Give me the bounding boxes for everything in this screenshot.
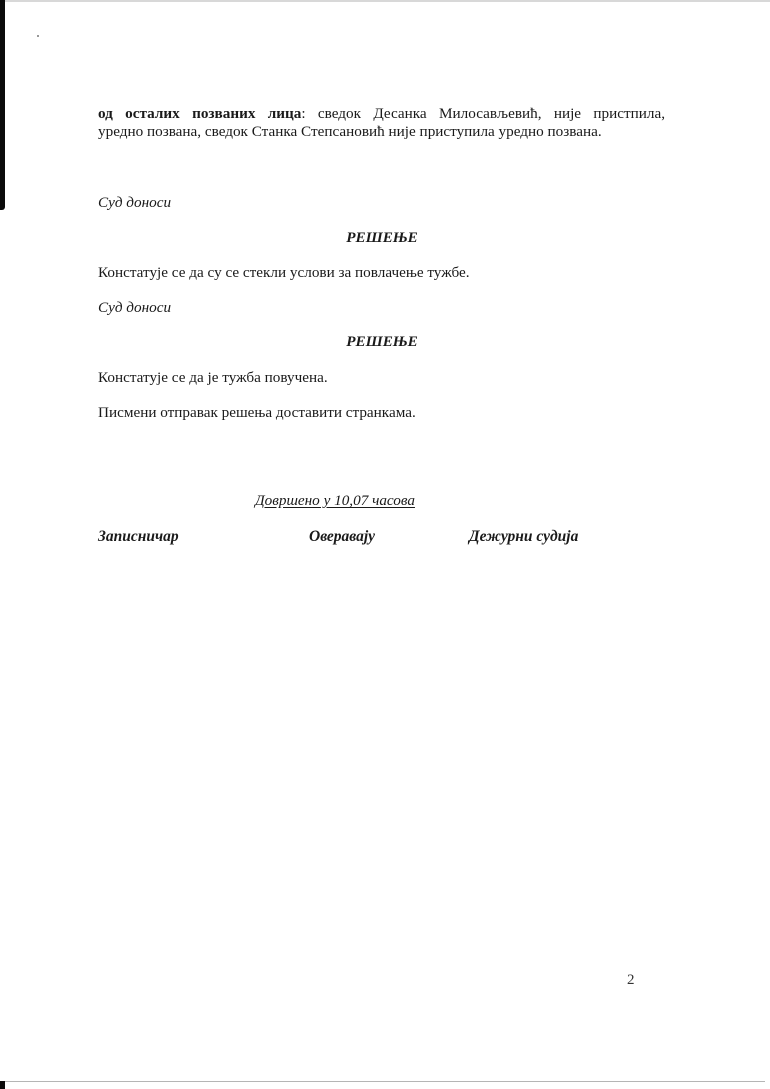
- scan-edge-top: [0, 0, 770, 2]
- court-label-2: Суд доноси: [98, 299, 171, 317]
- intro-line-1-rest: : сведок Десанка Милосављевић, није прис…: [301, 105, 665, 122]
- decision-heading-2-text: РЕШЕЊЕ: [346, 333, 418, 350]
- delivery-note: Писмени отправак решења доставити странк…: [98, 404, 416, 422]
- scan-speck: [37, 35, 39, 37]
- completed-time: Довршено у 10,07 часова: [255, 492, 415, 510]
- signature-judge: Дежурни судија: [469, 528, 578, 546]
- intro-paragraph-line-1: од осталих позваних лица: сведок Десанка…: [98, 105, 665, 123]
- court-label-1: Суд доноси: [98, 194, 171, 212]
- decision-text-2: Констатује се да је тужба повучена.: [98, 369, 328, 387]
- decision-heading-2: РЕШЕЊЕ: [0, 333, 770, 351]
- decision-heading-1: РЕШЕЊЕ: [0, 229, 770, 247]
- scan-edge-bottom: [0, 1081, 765, 1082]
- scan-corner-bottom: [0, 1081, 5, 1089]
- signature-certify: Оверавају: [309, 528, 375, 546]
- decision-heading-1-text: РЕШЕЊЕ: [346, 229, 418, 246]
- signature-recorder: Записничар: [98, 528, 179, 546]
- decision-text-1: Констатује се да су се стекли услови за …: [98, 264, 470, 282]
- page-number: 2: [627, 972, 635, 989]
- scan-edge-left: [0, 0, 5, 210]
- intro-paragraph-line-2: уредно позвана, сведок Станка Степсанови…: [98, 123, 602, 141]
- intro-bold-lead: од осталих позваних лица: [98, 105, 301, 122]
